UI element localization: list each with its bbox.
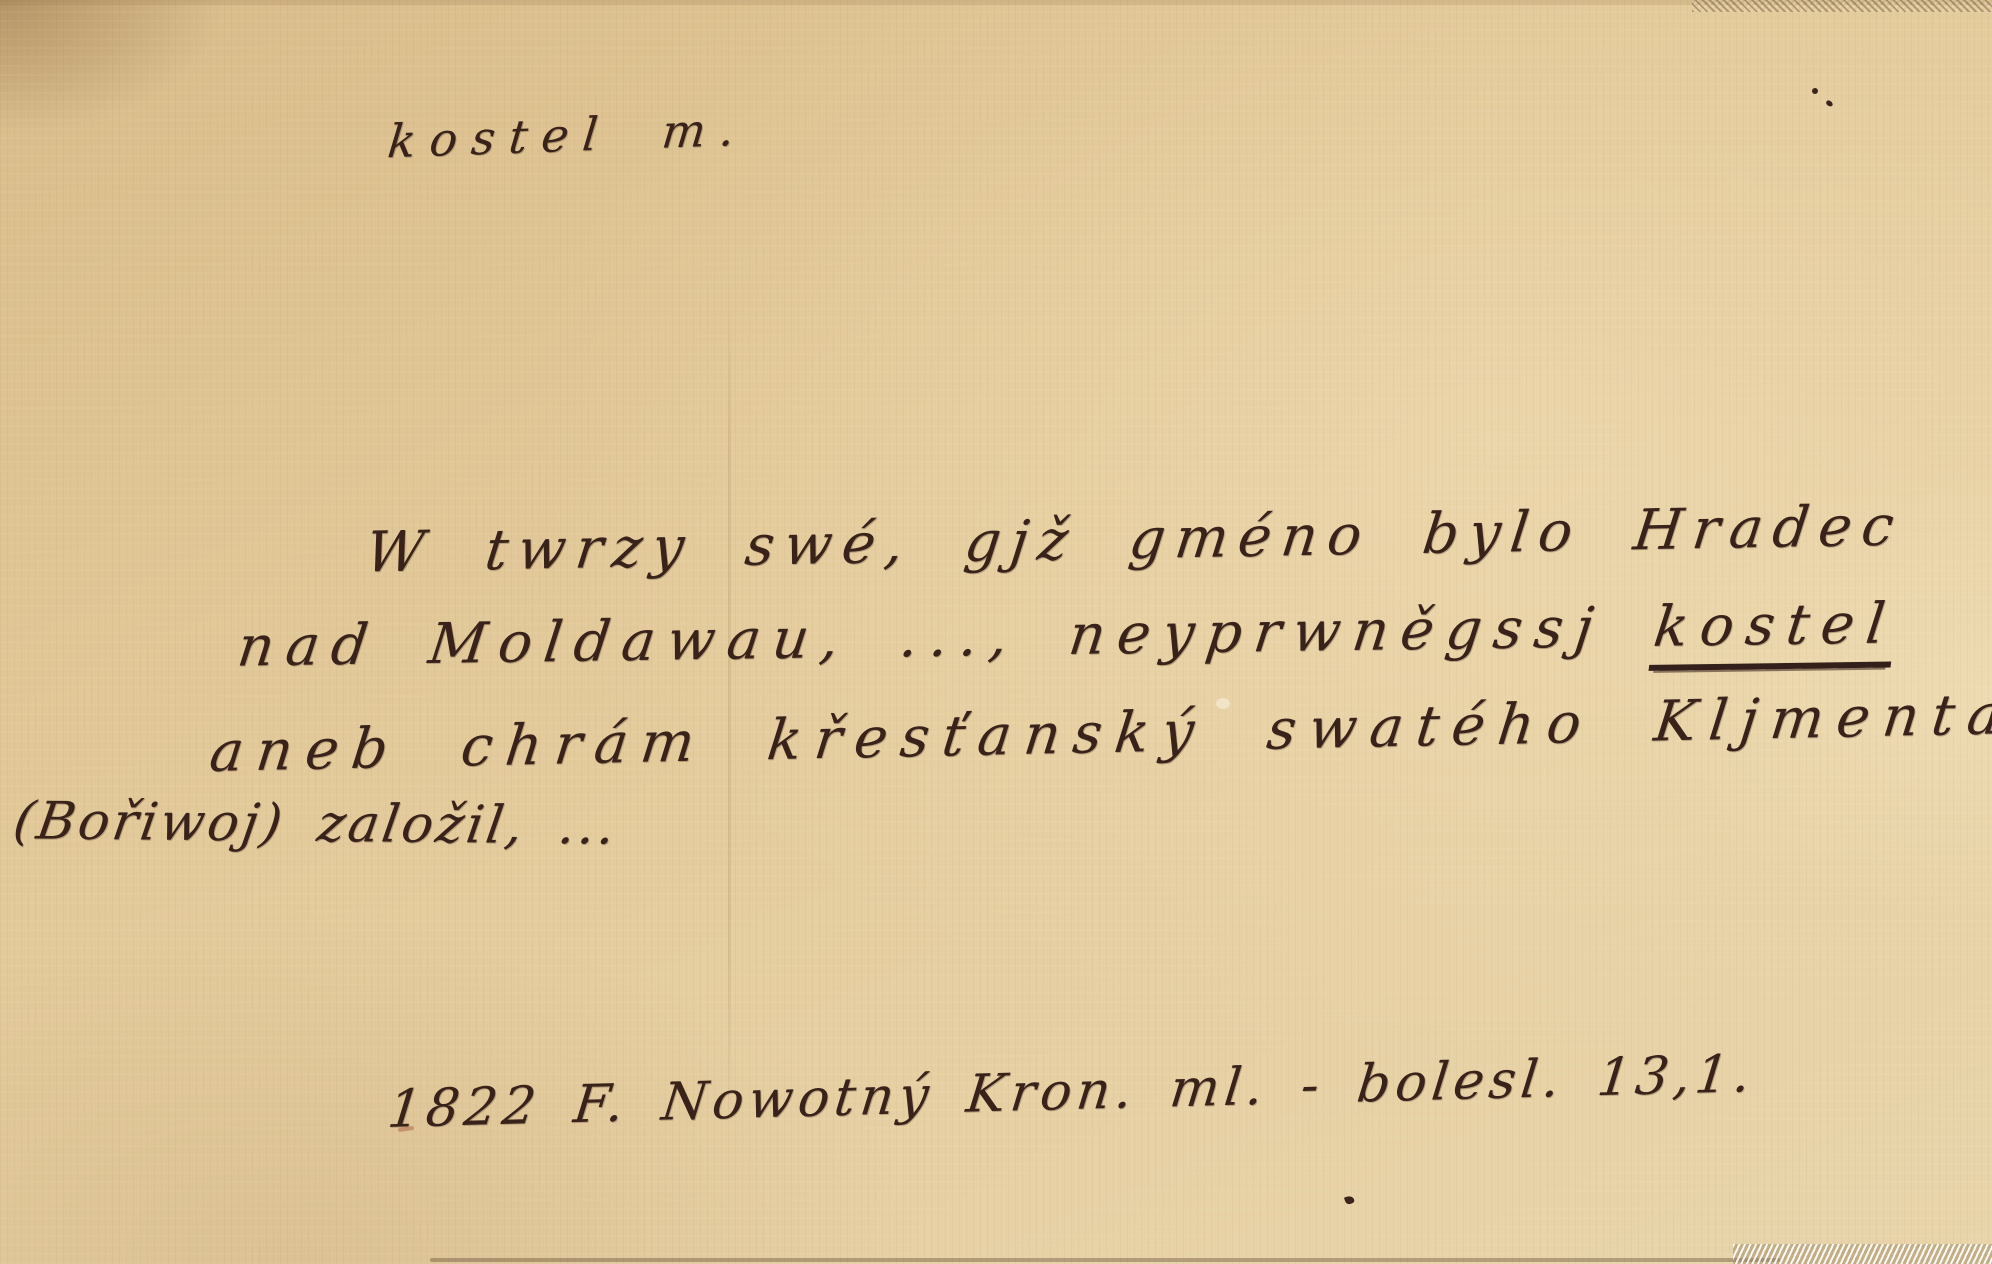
ink-speck [1812,88,1818,94]
manuscript-card: kostel m. W twrzy swé, gjž gméno bylo Hr… [0,0,1992,1264]
body-line-3: aneb chrám křesťanský swatého Kljmenta [207,687,1992,781]
scan-edge-bottom [430,1258,1780,1262]
scan-hatch-texture-bottom-right [1733,1244,1992,1264]
ink-speck [1344,1195,1355,1206]
paper-fleck [1216,698,1230,709]
body-line-1: W twrzy swé, gjž gméno bylo Hradec [363,499,1907,582]
underlined-word-kostel: kostel [1649,591,1901,671]
ink-speck [1825,100,1834,108]
body-line-2-text: nad Moldawau, ..., neyprwněgssj [234,595,1658,680]
note-heading: kostel m. [386,106,751,165]
source-citation: 1822 F. Nowotný Kron. ml. - bolesl. 13,1… [385,1048,1758,1136]
paper-crease [728,280,731,1130]
body-line-2: nad Moldawau, ..., neyprwněgssj kostel [235,596,1900,675]
body-line-4: (Bořiwoj) založil, ... [10,795,621,852]
scan-mesh-texture-top-right [1692,0,1992,12]
